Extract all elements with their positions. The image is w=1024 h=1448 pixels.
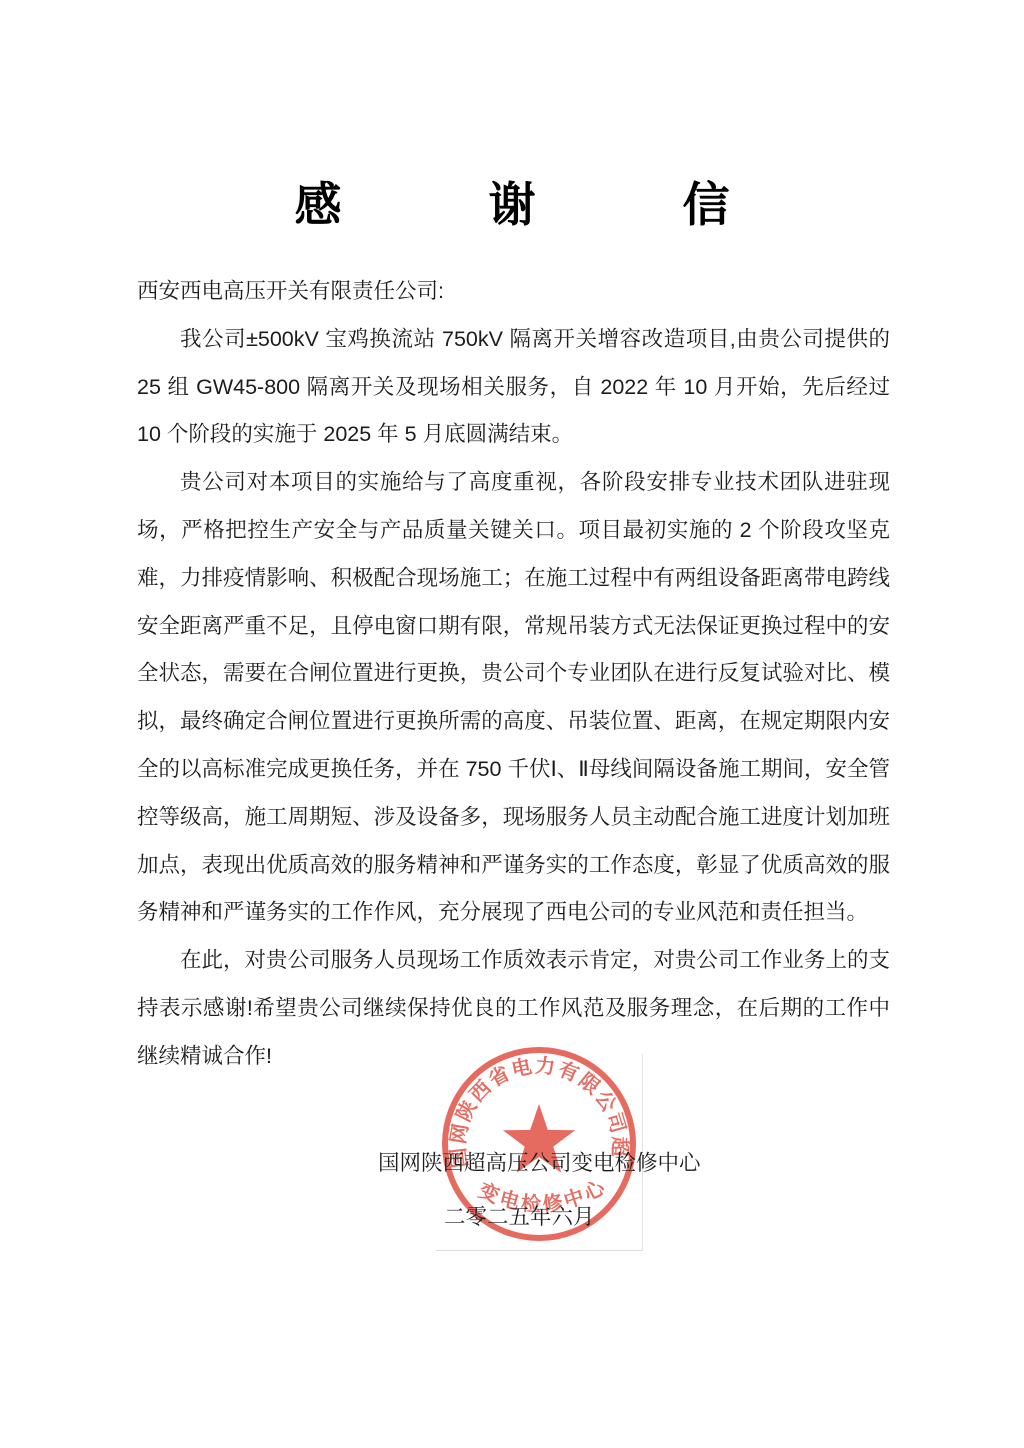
- page-title: 感 谢 信: [0, 168, 1024, 235]
- paragraph-1: 我公司±500kV 宝鸡换流站 750kV 隔离开关增容改造项目,由贵公司提供的…: [137, 316, 890, 459]
- signature-date: 二零二五年六月: [444, 1200, 644, 1231]
- salutation: 西安西电高压开关有限责任公司:: [137, 268, 890, 316]
- paragraph-2: 贵公司对本项目的实施给与了高度重视，各阶段安排专业技术团队进驻现场，严格把控生产…: [137, 459, 890, 937]
- thank-you-letter-page: 感 谢 信 西安西电高压开关有限责任公司: 我公司±500kV 宝鸡换流站 75…: [0, 0, 1024, 1448]
- letter-body: 西安西电高压开关有限责任公司: 我公司±500kV 宝鸡换流站 750kV 隔离…: [137, 268, 890, 1081]
- signature-organization: 国网陕西超高压公司变电检修中心: [378, 1146, 708, 1177]
